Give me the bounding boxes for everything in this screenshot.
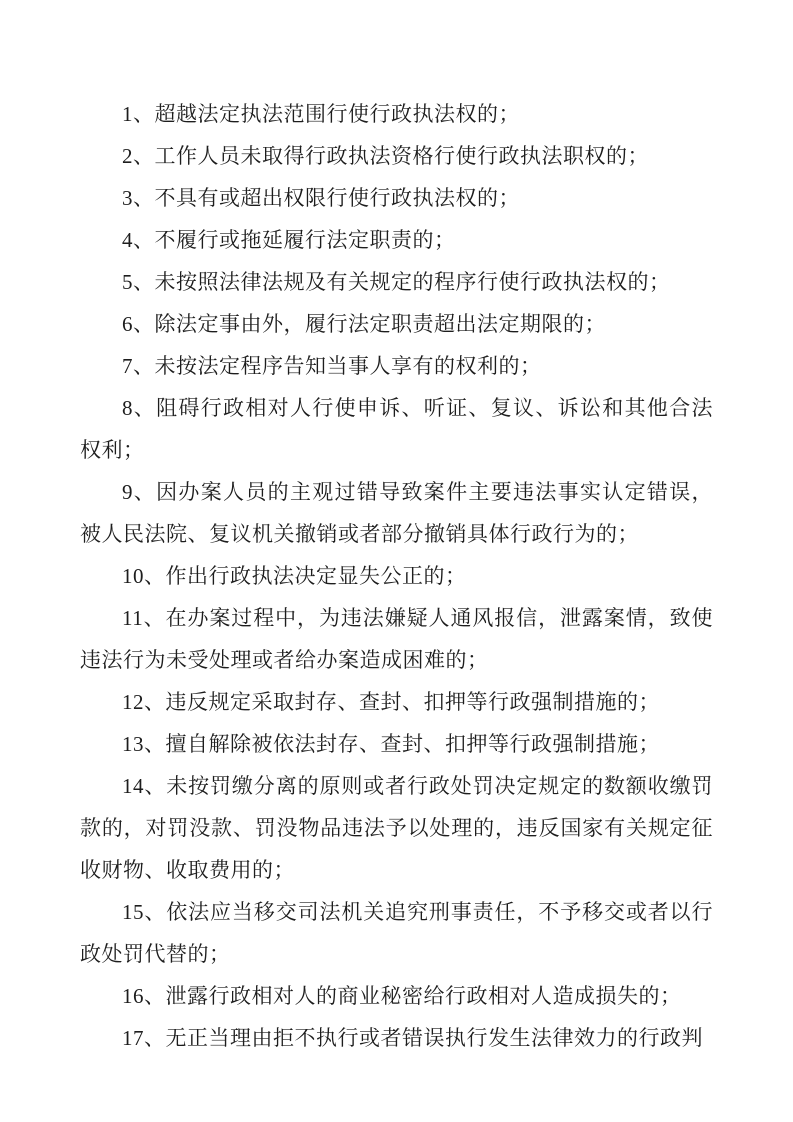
list-item-15: 15、依法应当移交司法机关追究刑事责任，不予移交或者以行政处罚代替的； [80, 891, 713, 975]
list-item-7: 7、未按法定程序告知当事人享有的权利的； [80, 345, 713, 387]
list-item-14: 14、未按罚缴分离的原则或者行政处罚决定规定的数额收缴罚款的，对罚没款、罚没物品… [80, 765, 713, 891]
list-item-17: 17、无正当理由拒不执行或者错误执行发生法律效力的行政判 [80, 1017, 713, 1059]
list-item-1: 1、超越法定执法范围行使行政执法权的； [80, 93, 713, 135]
list-item-6: 6、除法定事由外，履行法定职责超出法定期限的； [80, 303, 713, 345]
document-body: 1、超越法定执法范围行使行政执法权的； 2、工作人员未取得行政执法资格行使行政执… [80, 93, 713, 1059]
list-item-4: 4、不履行或拖延履行法定职责的； [80, 219, 713, 261]
list-item-9: 9、因办案人员的主观过错导致案件主要违法事实认定错误，被人民法院、复议机关撤销或… [80, 471, 713, 555]
document-page: 1、超越法定执法范围行使行政执法权的； 2、工作人员未取得行政执法资格行使行政执… [0, 0, 793, 1122]
list-item-3: 3、不具有或超出权限行使行政执法权的； [80, 177, 713, 219]
list-item-12: 12、违反规定采取封存、查封、扣押等行政强制措施的； [80, 681, 713, 723]
list-item-5: 5、未按照法律法规及有关规定的程序行使行政执法权的； [80, 261, 713, 303]
list-item-11: 11、在办案过程中，为违法嫌疑人通风报信，泄露案情，致使违法行为未受处理或者给办… [80, 597, 713, 681]
list-item-8: 8、阻碍行政相对人行使申诉、听证、复议、诉讼和其他合法权利； [80, 387, 713, 471]
list-item-13: 13、擅自解除被依法封存、查封、扣押等行政强制措施； [80, 723, 713, 765]
list-item-16: 16、泄露行政相对人的商业秘密给行政相对人造成损失的； [80, 975, 713, 1017]
list-item-2: 2、工作人员未取得行政执法资格行使行政执法职权的； [80, 135, 713, 177]
list-item-10: 10、作出行政执法决定显失公正的； [80, 555, 713, 597]
